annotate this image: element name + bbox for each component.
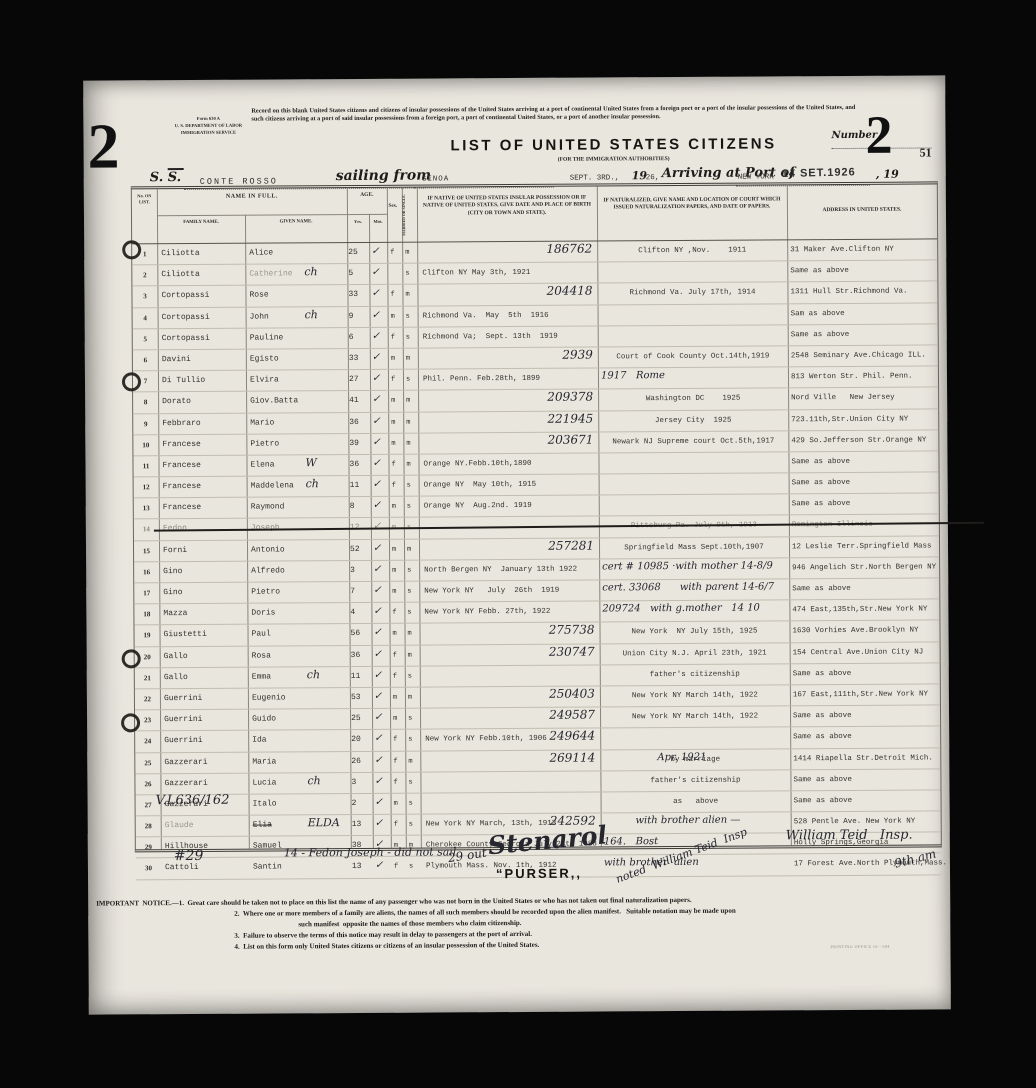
column-header-mos: Mos. — [369, 219, 387, 225]
cell-birth-hw: 2939 — [443, 344, 593, 365]
punch-hole — [122, 240, 141, 259]
cell-yrs: 9 — [349, 307, 354, 327]
purser-stamp: “PURSER,, — [496, 866, 582, 882]
cell-check: ✓ — [374, 644, 383, 664]
cell-sex: m — [393, 709, 397, 729]
cell-check: ✓ — [372, 348, 381, 368]
cell-check: ✓ — [374, 750, 383, 770]
cell-naturalization-hw: with brother alien — [604, 852, 864, 874]
cell-status: m — [408, 688, 412, 708]
cell-status: s — [409, 794, 413, 814]
cell-no: 22 — [137, 689, 158, 709]
cell-family: Guerrini — [164, 710, 203, 730]
cell-sex: f — [393, 751, 397, 771]
cell-address: Same as above — [791, 452, 850, 472]
cell-naturalization: Richmond Va. July 17th, 1914 — [600, 283, 784, 304]
cell-family: Gallo — [164, 647, 188, 667]
page-title: LIST OF UNITED STATES CITIZENS — [364, 135, 864, 155]
cell-given: Maria — [252, 752, 276, 772]
cell-no: 9 — [135, 414, 156, 434]
cell-yrs: 8 — [350, 497, 355, 517]
cell-no: 15 — [136, 541, 157, 561]
cell-family: Cortopassi — [161, 286, 209, 306]
cell-naturalization: Union City N.J. April 23th, 1921 — [603, 643, 787, 664]
cell-address: 429 So.Jefferson Str.Orange NY — [791, 430, 926, 451]
cell-check: ✓ — [371, 284, 380, 304]
cell-sex: m — [392, 582, 396, 602]
cell-address: Same as above — [793, 664, 852, 684]
cell-naturalization: New York NY July 15th, 1925 — [602, 622, 786, 643]
cell-family: Francese — [163, 477, 202, 497]
cell-yrs: 6 — [349, 328, 354, 348]
arriving-label: Arriving at Port of — [662, 165, 795, 181]
cell-no: 21 — [137, 668, 158, 688]
cell-status: m — [408, 751, 412, 771]
cell-check: ✓ — [373, 581, 382, 601]
cell-no: 13 — [136, 498, 157, 518]
cell-status: m — [406, 433, 410, 453]
cell-address: 723.11th,Str.Union City NY — [791, 409, 908, 430]
cell-address: Same as above — [792, 494, 851, 514]
cell-sex: m — [391, 391, 395, 411]
cell-yrs: 11 — [350, 476, 360, 496]
cell-birth-hw: 250403 — [445, 683, 595, 704]
cell-note: W — [305, 453, 316, 473]
cell-check: ✓ — [372, 390, 381, 410]
cell-no: 25 — [137, 753, 158, 773]
cell-naturalization-hw: 164. Bost — [604, 831, 864, 853]
cell-given: Alice — [249, 243, 273, 263]
cell-check: ✓ — [375, 814, 384, 834]
cell-status: s — [407, 497, 411, 517]
cell-check: ✓ — [374, 666, 383, 686]
cell-given: Pauline — [250, 328, 284, 348]
arrival-date-stamp: 14 SET.1926 — [782, 166, 856, 180]
cell-status: m — [405, 243, 409, 263]
cell-address: Same as above — [794, 791, 853, 811]
cell-yrs: 4 — [350, 603, 355, 623]
cell-birth-hw: 221945 — [443, 408, 593, 429]
cell-sex: m — [392, 497, 396, 517]
cell-given: Emma — [252, 667, 271, 687]
table-subheader-line — [157, 214, 387, 216]
cell-status: s — [405, 264, 409, 284]
cell-yrs: 25 — [348, 243, 358, 263]
important-notice-line-3: such manifest opposite the names of thos… — [298, 919, 521, 928]
cell-note: ch — [305, 305, 318, 325]
cell-given: Elvira — [250, 371, 279, 391]
cell-naturalization: Court of Cook County Oct.14th,1919 — [601, 346, 785, 367]
cell-family: Gino — [163, 562, 182, 582]
cell-yrs: 53 — [351, 688, 361, 708]
cell-sex: f — [391, 370, 395, 390]
cell-sex: f — [392, 476, 396, 496]
cell-no: 30 — [138, 859, 159, 879]
cell-family: Febbraro — [162, 413, 201, 433]
cell-yrs: 41 — [349, 391, 359, 411]
scan-background: 2 Form 630 A U. S. DEPARTMENT OF LABOR I… — [0, 0, 1036, 1088]
punch-hole — [122, 372, 141, 391]
cell-address: Same as above — [793, 770, 852, 790]
arrival-port: NEW YORK — [738, 173, 774, 181]
cell-naturalization: Springfield Mass Sept.10th,1907 — [602, 537, 786, 558]
cell-birth-hw: 275738 — [444, 620, 594, 641]
cell-no: 24 — [137, 732, 158, 752]
sheet-number-right: 2 — [865, 108, 892, 162]
cell-family: Francese — [163, 498, 202, 518]
cell-naturalization: Jersey City 1925 — [601, 410, 785, 431]
cell-given: John — [250, 307, 269, 327]
cell-birth: Orange NY.Febb.10th,1890 — [423, 454, 531, 475]
cell-given: Raymond — [251, 498, 285, 518]
cell-given: Elena — [250, 455, 274, 475]
cell-status: s — [407, 560, 411, 580]
cell-sex: f — [390, 243, 394, 263]
cell-family: Davini — [162, 350, 191, 370]
cell-status: m — [407, 624, 411, 644]
cell-status: m — [406, 412, 410, 432]
cell-sex: f — [391, 327, 395, 347]
cell-given: Maddelena — [251, 476, 294, 496]
manifest-page: 2 Form 630 A U. S. DEPARTMENT OF LABOR I… — [83, 75, 951, 1014]
cell-sex: f — [393, 772, 397, 792]
cell-note: ch — [306, 474, 319, 494]
cell-family: Cortopassi — [162, 329, 210, 349]
cell-status: m — [406, 349, 410, 369]
cell-yrs: 13 — [352, 857, 362, 877]
column-header-age: AGE. — [347, 192, 387, 200]
cell-given: Rose — [249, 286, 268, 306]
cell-birth-hw: 230747 — [445, 641, 595, 662]
column-header-naturalization: IF NATURALIZED, GIVE NAME AND LOCATION O… — [600, 196, 784, 212]
cell-status: s — [407, 603, 411, 623]
cell-yrs: 13 — [352, 815, 362, 835]
cell-family: Cortopassi — [162, 307, 210, 327]
cell-address: 12 Leslie Terr.Springfield Mass — [792, 536, 932, 557]
cell-note: ch — [307, 665, 320, 685]
cell-given: Ida — [252, 731, 267, 751]
cell-given: Paul — [251, 625, 270, 645]
cell-check: ✓ — [374, 708, 383, 728]
sheet-number-left: 2 — [87, 114, 119, 178]
cell-status: s — [408, 709, 412, 729]
cell-check: ✓ — [374, 772, 383, 792]
cell-given: Antonio — [251, 540, 285, 560]
cell-family: Ciliotta — [161, 265, 200, 285]
cell-given: Elia — [253, 816, 272, 836]
column-header-address: ADDRESS IN UNITED STATES. — [787, 206, 937, 214]
cell-sex: m — [391, 306, 395, 326]
cell-no: 3 — [134, 287, 155, 307]
cell-sex: m — [392, 624, 396, 644]
cell-status: m — [406, 455, 410, 475]
column-header-given: GIVEN NAME. — [245, 219, 347, 226]
cell-family: Francese — [162, 456, 201, 476]
cell-no: 16 — [136, 562, 157, 582]
cell-check: ✓ — [374, 729, 383, 749]
cell-given: Santin — [253, 858, 282, 878]
cell-yrs: 52 — [350, 540, 360, 560]
cell-yrs: 39 — [349, 434, 359, 454]
cell-given: Mario — [250, 413, 274, 433]
cell-naturalization-hw: cert. 33068 with parent 14-6/7 — [602, 577, 862, 599]
cell-given: Giov.Batta — [250, 392, 298, 412]
cell-sex: f — [390, 285, 394, 305]
cell-yrs: 36 — [349, 412, 359, 432]
cell-given: Eugenio — [252, 688, 286, 708]
cell-check: ✓ — [371, 263, 380, 283]
cell-note: ELDA — [308, 813, 340, 833]
handwritten-sheet-note: #29 — [174, 848, 204, 864]
page-number: 51 — [920, 145, 932, 160]
cell-no: 8 — [135, 393, 156, 413]
cell-family: Gino — [163, 583, 182, 603]
cell-no: 12 — [136, 477, 157, 497]
cell-status: m — [405, 285, 409, 305]
cell-status: s — [407, 582, 411, 602]
cell-status: m — [407, 539, 411, 559]
cell-check: ✓ — [372, 411, 381, 431]
cell-yrs: 33 — [349, 349, 359, 369]
cell-naturalization-hw: cert # 10985 ·with mother 14-8/9 — [602, 556, 862, 578]
cell-family: Francese — [162, 435, 201, 455]
page-subtitle: (FOR THE IMMIGRATION AUTHORITIES) — [364, 155, 864, 164]
cell-status: s — [406, 327, 410, 347]
column-header-yrs: Yrs. — [347, 219, 369, 225]
column-header-name: NAME IN FULL. — [157, 192, 347, 201]
cell-status: m — [408, 645, 412, 665]
origin-port: GENOA — [422, 175, 450, 183]
cell-birth-hw: 209378 — [443, 387, 593, 408]
cell-yrs: 36 — [349, 455, 359, 475]
cell-sex: f — [393, 645, 397, 665]
cell-sex: m — [394, 794, 398, 814]
important-notice-line-5: 4. List on this form only United States … — [234, 941, 539, 951]
column-header-married: MARRIED OR SINGLE. — [402, 190, 417, 240]
cell-no: 2 — [134, 265, 155, 285]
cell-sex: f — [391, 455, 395, 475]
cell-naturalization: Newark NJ Supreme court Oct.5th,1917 — [601, 431, 785, 452]
cell-no: 23 — [137, 710, 158, 730]
column-header-sex: Sex. — [382, 204, 404, 211]
cell-check: ✓ — [373, 560, 382, 580]
cell-birth: North Bergen NY January 13th 1922 — [424, 559, 577, 580]
cell-address: 31 Maker Ave.Clifton NY — [790, 240, 894, 261]
cell-yrs: 56 — [350, 624, 360, 644]
cell-naturalization: father's citizenship — [603, 770, 787, 791]
cell-given: Samuel — [253, 837, 282, 857]
cell-address: 1311 Hull Str.Richmond Va. — [790, 282, 907, 303]
cell-family: Glaude — [165, 816, 194, 836]
form-instructions: Record on this blank United States citiz… — [251, 104, 855, 124]
table-rows: 1CiliottaAlice25✓fm186762Clifton NY ,Nov… — [132, 238, 941, 880]
cell-family-hw: V.L636/162 — [155, 790, 295, 811]
cell-family: Giustetti — [163, 625, 206, 645]
cell-check: ✓ — [372, 433, 381, 453]
cell-address: Same as above — [791, 325, 850, 345]
cell-status: s — [408, 666, 412, 686]
cell-given: Rosa — [252, 646, 271, 666]
cell-yrs: 26 — [351, 751, 361, 771]
cell-birth-hw: 269114 — [445, 747, 595, 768]
cell-status: s — [406, 370, 410, 390]
cell-naturalization: as above — [604, 791, 788, 812]
cell-naturalization-hw: 1917 Rome — [601, 365, 861, 387]
cell-no: 19 — [136, 626, 157, 646]
cell-yrs: 33 — [348, 285, 358, 305]
cell-status: s — [407, 476, 411, 496]
cell-status: m — [406, 391, 410, 411]
punch-hole — [122, 649, 141, 668]
cell-yrs: 3 — [351, 773, 356, 793]
cell-family: Guerrini — [164, 731, 203, 751]
cell-yrs: 2 — [352, 794, 357, 814]
cell-given: Egisto — [250, 349, 279, 369]
cell-address: Same as above — [793, 706, 852, 726]
important-notice-line-2: 2. Where one or more members of a family… — [234, 907, 736, 918]
cell-address: Same as above — [790, 261, 849, 281]
cell-family: Forni — [163, 541, 187, 561]
cell-family: Gallo — [164, 668, 188, 688]
cell-birth: Richmond Va. May 5th 1916 — [423, 305, 549, 326]
cell-birth-hw: 249644 — [445, 726, 595, 747]
important-notice-line-1: IMPORTANT NOTICE.—1. Great care should b… — [96, 896, 691, 908]
cell-sex: f — [394, 815, 398, 835]
cell-note: ch — [304, 262, 317, 282]
cell-sex: f — [394, 857, 398, 877]
cell-no: 17 — [136, 583, 157, 603]
cell-no: 4 — [135, 308, 156, 328]
column-header-no: No. ON LIST. — [132, 193, 157, 205]
cell-status: s — [408, 772, 412, 792]
cell-birth-hw: 186762 — [442, 239, 592, 260]
cell-check: ✓ — [373, 475, 382, 495]
cell-sex: m — [391, 433, 395, 453]
cell-check: ✓ — [372, 327, 381, 347]
cell-birth: Orange NY May 10th, 1915 — [424, 475, 537, 496]
cell-sex: m — [393, 688, 397, 708]
cell-no: 5 — [135, 329, 156, 349]
punch-hole — [121, 713, 140, 732]
cell-yrs: 7 — [350, 582, 355, 602]
cell-given: Catherine — [249, 265, 292, 285]
cell-address: 154 Central Ave.Union City NJ — [793, 642, 924, 663]
cell-address: Same as above — [793, 727, 852, 747]
cell-status: s — [406, 306, 410, 326]
ss-label: S. S. — [150, 170, 182, 185]
cell-naturalization: father's citizenship — [603, 664, 787, 685]
cell-address: Nord Ville New Jersey — [791, 388, 895, 409]
cell-sex: f — [393, 730, 397, 750]
cell-no: 11 — [135, 456, 156, 476]
cell-given: Alfredo — [251, 561, 285, 581]
column-header-birth: IF NATIVE OF UNITED STATES INSULAR POSSE… — [420, 195, 594, 218]
cell-yrs: 36 — [351, 646, 361, 666]
cell-status: s — [408, 730, 412, 750]
sailing-date: SEPT. 3RD., — [570, 174, 620, 182]
cell-sex: f — [392, 603, 396, 623]
important-notice-line-4: 3. Failure to observe the terms of this … — [234, 930, 532, 940]
cell-check: ✓ — [372, 369, 381, 389]
cell-address: 167 East,111th,Str.New York NY — [793, 684, 928, 705]
cell-address: Remington Illinois — [792, 515, 873, 535]
cell-no: 6 — [135, 350, 156, 370]
cell-no: 18 — [136, 604, 157, 624]
cell-naturalization: Clifton NY ,Nov. 1911 — [600, 240, 784, 261]
cell-sex: m — [391, 412, 395, 432]
cell-yrs: 11 — [351, 667, 361, 687]
cell-check: ✓ — [373, 602, 382, 622]
cell-address: 2548 Seminary Ave.Chicago ILL. — [791, 345, 926, 366]
cell-check: ✓ — [374, 687, 383, 707]
cell-family: Dorato — [162, 392, 191, 412]
cell-naturalization-hw: Apr. 1921 — [603, 746, 863, 768]
cell-naturalization: Washington DC 1925 — [601, 389, 785, 410]
sailing-year: 26, — [646, 174, 660, 182]
cell-given: Guido — [252, 710, 276, 730]
cell-yrs: 3 — [350, 561, 355, 581]
cell-birth: Orange NY Aug.2nd. 1919 — [424, 496, 532, 517]
cell-no: 28 — [138, 816, 159, 836]
cell-check: ✓ — [373, 538, 382, 558]
passenger-table: No. ON LIST. NAME IN FULL. FAMILY NAME. … — [131, 181, 942, 852]
sailing-from-label: sailing from — [336, 168, 431, 185]
cell-no: 10 — [135, 435, 156, 455]
cell-check: ✓ — [373, 623, 382, 643]
cell-note: ch — [307, 771, 320, 791]
print-office-code: PRINTING OFFICE 16—584 — [830, 944, 889, 949]
cell-status: s — [409, 815, 413, 835]
cell-family: Di Tullio — [162, 371, 205, 391]
cell-given: Doris — [251, 604, 275, 624]
cell-status: s — [409, 857, 413, 877]
cell-birth-hw: 203671 — [443, 429, 593, 450]
cell-birth-hw: 249587 — [445, 705, 595, 726]
cell-yrs: 20 — [351, 730, 361, 750]
handwritten-fedon-note: 14 - Fedon Joseph - did not sail — [284, 845, 457, 859]
cell-no: 29 — [138, 837, 159, 857]
cell-family: Guerrini — [164, 689, 203, 709]
cell-yrs: 25 — [351, 709, 361, 729]
cell-address: Sam as above — [791, 304, 845, 324]
cell-naturalization-hw: 209724 with g.mother 14 10 — [602, 598, 862, 620]
cell-check: ✓ — [375, 793, 384, 813]
column-header-family: FAMILY NAME. — [157, 220, 245, 227]
cell-check: ✓ — [372, 454, 381, 474]
cell-yrs: 27 — [349, 370, 359, 390]
cell-check: ✓ — [372, 305, 381, 325]
cell-sex: m — [392, 539, 396, 559]
cell-given: Pietro — [251, 582, 280, 602]
cell-birth: New York NY July 26th 1919 — [424, 581, 559, 602]
cell-birth-hw: 257281 — [444, 535, 594, 556]
cell-address: 1630 Vorhies Ave.Brooklyn NY — [792, 621, 918, 642]
cell-naturalization-hw: with brother alien — — [604, 810, 864, 832]
cell-family: Ciliotta — [161, 244, 200, 264]
cell-yrs: 5 — [348, 264, 353, 284]
cell-birth-hw: 242592 — [446, 811, 596, 832]
cell-birth-hw: 204418 — [442, 281, 592, 302]
cell-check: ✓ — [375, 856, 384, 876]
cell-naturalization: New York NY March 14th, 1922 — [603, 685, 787, 706]
cell-sex: m — [391, 349, 395, 369]
form-service: IMMIGRATION SERVICE — [143, 129, 273, 137]
cell-check: ✓ — [373, 496, 382, 516]
year-suffix: , 19 — [876, 168, 899, 181]
cell-family: Mazza — [163, 604, 187, 624]
cell-address: Same as above — [792, 473, 851, 493]
cell-naturalization: New York NY March 14th, 1922 — [603, 706, 787, 727]
